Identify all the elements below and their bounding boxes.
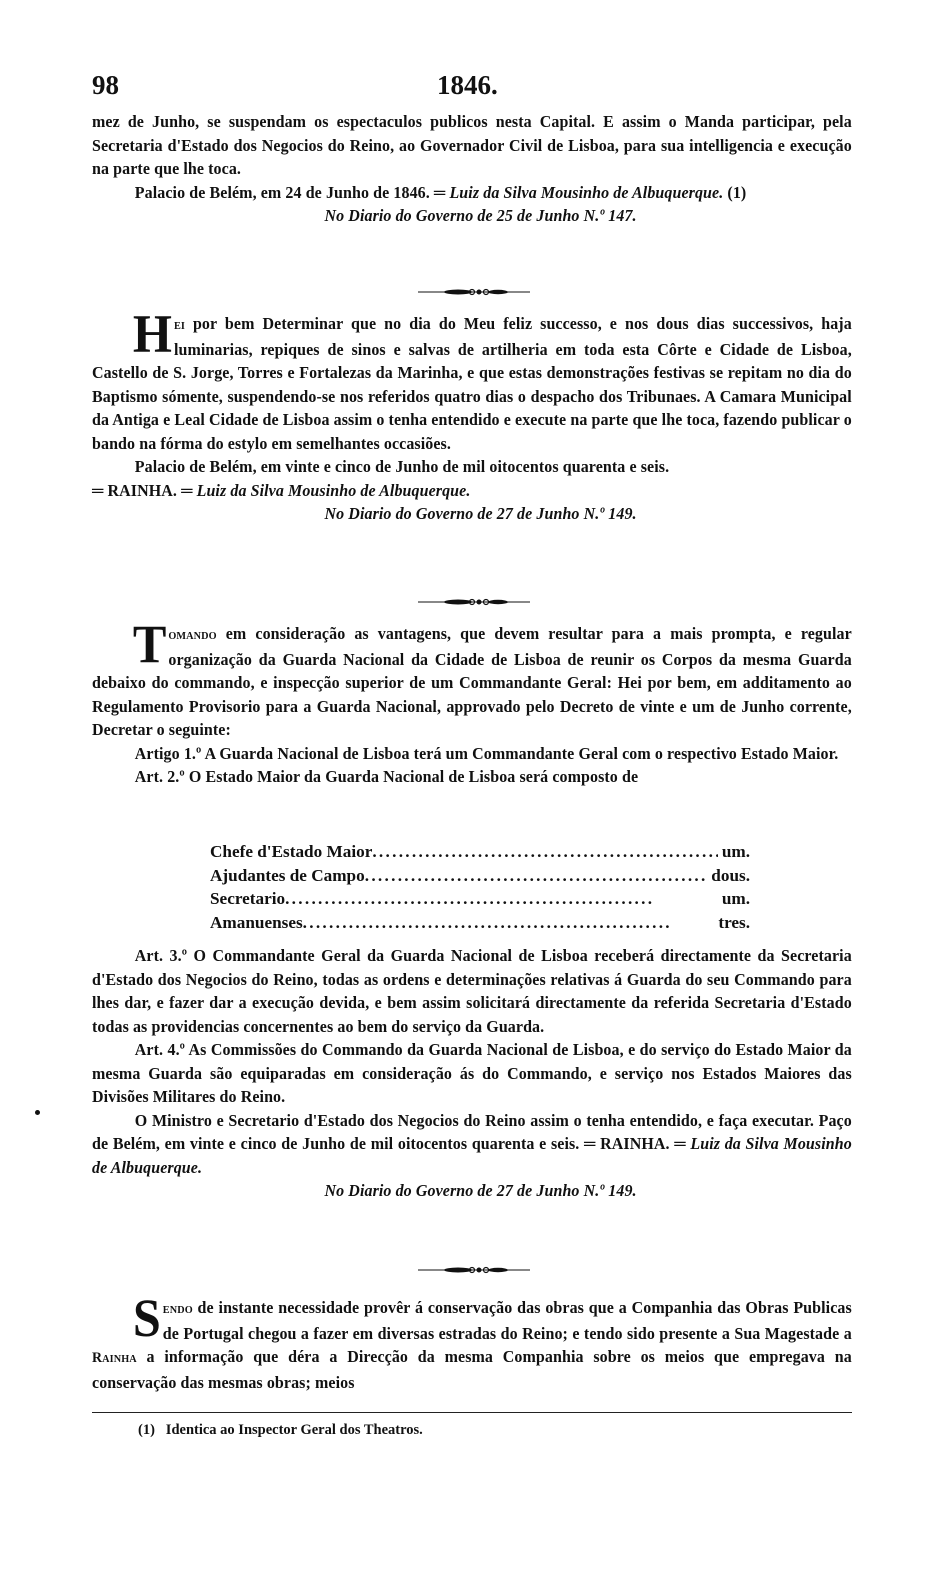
staff-role: Chefe d'Estado Maior: [210, 840, 372, 864]
staff-row: Chefe d'Estado Maiorum.: [210, 840, 750, 864]
signatory: Luiz da Silva Mousinho de Albuquerque.: [449, 183, 723, 202]
article-4: Art. 4.º As Commissões do Commando da Gu…: [92, 1038, 852, 1109]
article-1: Artigo 1.º A Guarda Nacional de Lisboa t…: [92, 742, 852, 766]
leader-dots: [372, 840, 717, 864]
drop-cap: S: [133, 1298, 161, 1338]
paragraph: Hei por bem Determinar que no dia do Meu…: [92, 312, 852, 455]
rainha-signature: ═ RAINHA. ═: [92, 481, 197, 500]
drop-cap: T: [133, 624, 167, 664]
signature-line: ═ RAINHA. ═ Luiz da Silva Mousinho de Al…: [92, 479, 852, 503]
body-text: por bem Determinar que no dia do Meu fel…: [92, 314, 852, 453]
leader-dots: [285, 887, 718, 911]
staff-row: Amanuensestres.: [210, 911, 750, 935]
closing: Palacio de Belém, em vinte e cinco de Ju…: [92, 455, 852, 479]
staff-row: Ajudantes de Campodous.: [210, 864, 750, 888]
small-caps: omando: [168, 627, 216, 643]
footnote-marker: (1): [138, 1422, 155, 1438]
source-citation: No Diario do Governo de 27 de Junho N.º …: [92, 1179, 852, 1203]
ornament-divider-icon: [418, 598, 530, 606]
staff-count: um.: [718, 887, 750, 911]
footnote-ref[interactable]: (1): [723, 183, 746, 202]
drop-cap: H: [133, 314, 172, 354]
staff-count: um.: [718, 840, 750, 864]
footnote-text: Identica ao Inspector Geral dos Theatros…: [166, 1422, 423, 1438]
ornament-divider-icon: [418, 288, 530, 296]
staff-role: Secretario: [210, 887, 285, 911]
decree-guarda-nacional: Tomando em consideração as vantagens, qu…: [92, 622, 852, 789]
page-number: 98: [92, 70, 119, 101]
body-text: de instante necessidade provêr á conserv…: [163, 1298, 852, 1343]
footnote: (1) Identica ao Inspector Geral dos Thea…: [138, 1422, 423, 1439]
signatory: Luiz da Silva Mousinho de Albuquerque.: [197, 481, 471, 500]
small-caps-rainha: Rainha: [92, 1350, 137, 1366]
document-page: 98 1846. mez de Junho, se suspendam os e…: [0, 0, 930, 1588]
leader-dots: [303, 911, 715, 935]
paragraph: Tomando em consideração as vantagens, qu…: [92, 622, 852, 742]
decree-obras-publicas: Sendo de instante necessidade provêr á c…: [92, 1296, 852, 1394]
staff-count: tres.: [714, 911, 750, 935]
article-3: Art. 3.º O Commandante Geral da Guarda N…: [92, 944, 852, 1038]
page-header: 98 1846.: [92, 70, 852, 104]
staff-role: Ajudantes de Campo: [210, 864, 365, 888]
scan-speck: [35, 1110, 40, 1115]
article-2: Art. 2.º O Estado Maior da Guarda Nacion…: [92, 765, 852, 789]
closing: O Ministro e Secretario d'Estado dos Neg…: [92, 1109, 852, 1180]
staff-count: dous.: [707, 864, 750, 888]
section-continuation: mez de Junho, se suspendam os espectacul…: [92, 110, 852, 228]
decree-luminarias: Hei por bem Determinar que no dia do Meu…: [92, 312, 852, 526]
staff-role: Amanuenses: [210, 911, 303, 935]
staff-list: Chefe d'Estado Maiorum. Ajudantes de Cam…: [210, 840, 750, 934]
date-place: Palacio de Belém, em 24 de Junho de 1846…: [135, 183, 450, 202]
source-citation: No Diario do Governo de 25 de Junho N.º …: [92, 204, 852, 228]
staff-row: Secretarioum.: [210, 887, 750, 911]
decree-guarda-nacional-cont: Art. 3.º O Commandante Geral da Guarda N…: [92, 944, 852, 1203]
small-caps: endo: [163, 1301, 193, 1317]
paragraph: Sendo de instante necessidade provêr á c…: [92, 1296, 852, 1394]
footnote-rule: [92, 1412, 852, 1413]
running-head-year: 1846.: [437, 70, 498, 101]
small-caps: ei: [174, 317, 185, 333]
body-text: a informação que déra a Direcção da mesm…: [92, 1347, 852, 1392]
paragraph: mez de Junho, se suspendam os espectacul…: [92, 110, 852, 181]
signature-line: Palacio de Belém, em 24 de Junho de 1846…: [92, 181, 852, 205]
source-citation: No Diario do Governo de 27 de Junho N.º …: [92, 502, 852, 526]
ornament-divider-icon: [418, 1266, 530, 1274]
leader-dots: [365, 864, 708, 888]
